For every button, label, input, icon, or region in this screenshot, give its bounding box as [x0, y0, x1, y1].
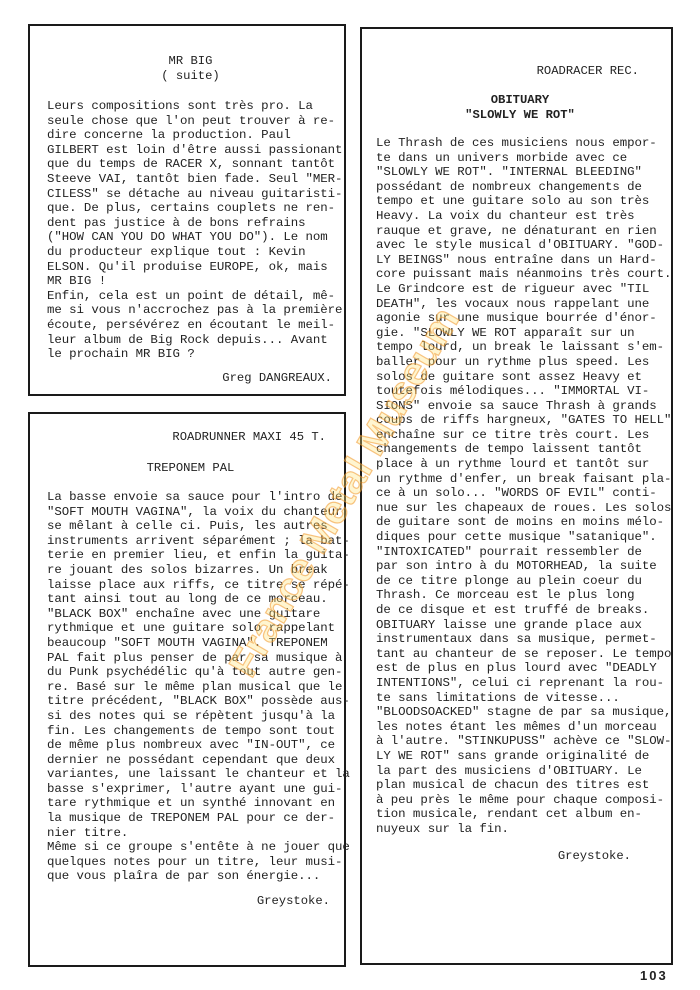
- mr-big-signature: Greg DANGREAUX.: [222, 371, 332, 385]
- treponem-heading: TREPONEM PAL: [47, 461, 334, 476]
- treponem-title: TREPONEM PAL: [47, 461, 334, 476]
- mr-big-body: Leurs compositions sont très pro. La seu…: [47, 99, 334, 362]
- treponem-pal-review-box: ROADRUNNER MAXI 45 T. TREPONEM PAL La ba…: [28, 412, 346, 967]
- treponem-signature: Greystoke.: [257, 894, 330, 908]
- obituary-subtitle: "SLOWLY WE ROT": [379, 108, 661, 123]
- mr-big-heading: MR BIG ( suite): [47, 54, 334, 84]
- treponem-body: La basse envoie sa sauce pour l'intro de…: [47, 490, 334, 884]
- obituary-title: OBITUARY: [379, 93, 661, 108]
- page-number: 103: [640, 968, 668, 983]
- obituary-signature: Greystoke.: [558, 849, 631, 863]
- mr-big-subtitle: ( suite): [47, 69, 334, 84]
- obituary-review-box: ROADRACER REC. OBITUARY "SLOWLY WE ROT" …: [360, 27, 673, 965]
- obituary-heading: OBITUARY "SLOWLY WE ROT": [379, 93, 661, 123]
- treponem-label: ROADRUNNER MAXI 45 T.: [172, 430, 326, 444]
- mr-big-review-box: MR BIG ( suite) Leurs compositions sont …: [28, 24, 346, 396]
- mr-big-title: MR BIG: [47, 54, 334, 69]
- obituary-label: ROADRACER REC.: [537, 64, 639, 78]
- obituary-body: Le Thrash de ces musiciens nous empor- t…: [376, 136, 661, 837]
